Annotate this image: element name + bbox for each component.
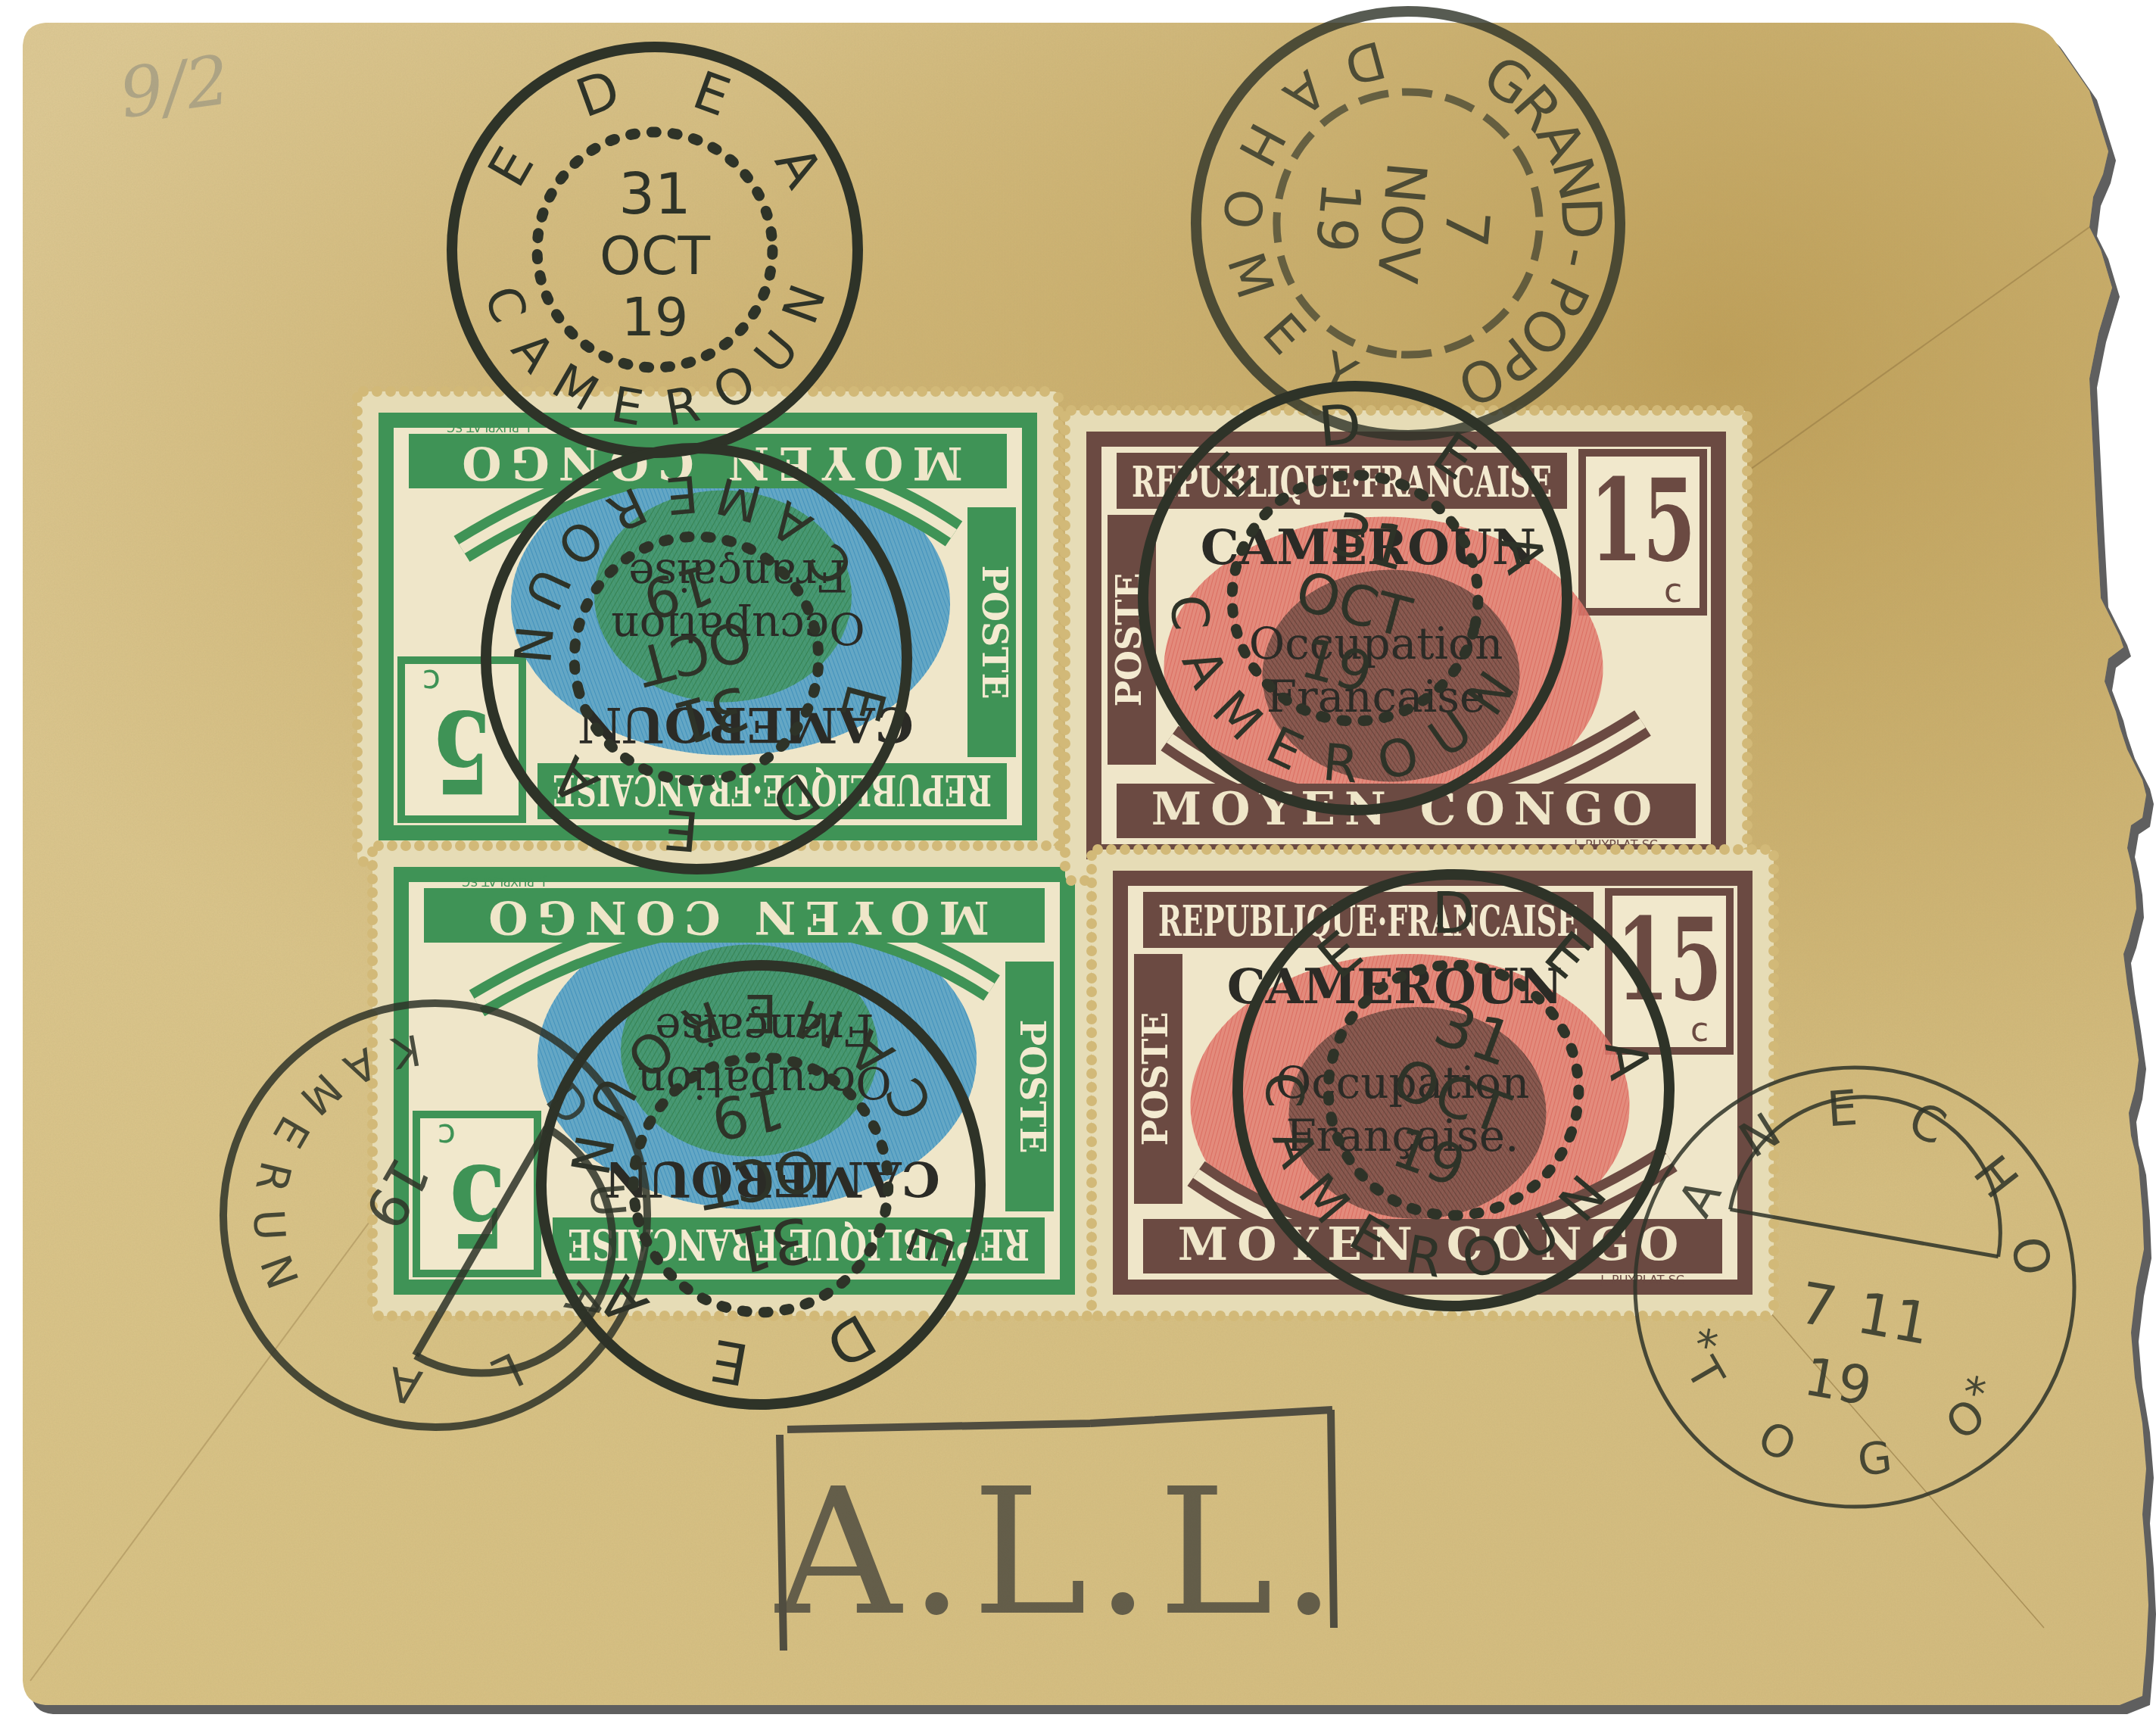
envelope-illustration: 9/2 REPUBLIQUE·FRANCAISE5cPOSTEMOYEN CON… bbox=[0, 0, 2156, 1727]
perforation bbox=[903, 386, 914, 397]
perforation bbox=[1086, 1109, 1097, 1120]
perforation bbox=[1768, 987, 1779, 997]
perforation bbox=[1768, 932, 1779, 943]
perforation bbox=[946, 1311, 956, 1321]
perforation bbox=[1768, 905, 1779, 915]
perforation bbox=[1080, 405, 1090, 416]
perforation bbox=[1060, 847, 1070, 858]
perforation bbox=[1060, 861, 1070, 871]
perforation bbox=[700, 840, 711, 851]
perforation bbox=[1310, 844, 1321, 855]
perforation bbox=[352, 419, 363, 430]
perforation bbox=[1086, 1041, 1097, 1052]
perforation bbox=[1742, 820, 1753, 831]
perforation bbox=[1768, 1014, 1779, 1024]
perforation bbox=[1719, 1311, 1730, 1321]
perforation bbox=[352, 542, 363, 553]
perforation bbox=[603, 386, 614, 397]
perforation bbox=[367, 846, 378, 857]
perforation bbox=[352, 583, 363, 594]
perforation bbox=[1086, 1136, 1097, 1147]
perforation bbox=[1060, 411, 1070, 422]
perforation bbox=[1570, 405, 1581, 416]
perforation bbox=[367, 1037, 378, 1048]
perforation bbox=[1174, 1311, 1185, 1321]
perforation bbox=[387, 1311, 397, 1321]
perforation bbox=[367, 1092, 378, 1102]
perforation bbox=[1256, 844, 1266, 855]
perforation bbox=[1256, 1311, 1266, 1321]
perforation bbox=[1188, 1311, 1198, 1321]
perforation bbox=[1060, 534, 1070, 544]
perforation bbox=[1060, 616, 1070, 626]
perforation bbox=[1201, 1311, 1212, 1321]
perforation bbox=[1742, 806, 1753, 817]
perforation bbox=[352, 406, 363, 416]
perforation bbox=[367, 901, 378, 912]
perforation bbox=[523, 840, 534, 851]
perforation bbox=[1026, 386, 1036, 397]
perforation bbox=[453, 386, 464, 397]
perforation bbox=[821, 386, 832, 397]
perforation bbox=[1092, 1311, 1103, 1321]
perforation bbox=[1665, 844, 1675, 855]
perforation bbox=[944, 386, 955, 397]
perforation bbox=[1624, 1311, 1634, 1321]
perforation bbox=[1706, 844, 1716, 855]
perforation bbox=[1060, 629, 1070, 640]
perforation bbox=[1147, 1311, 1157, 1321]
postmark-town: E bbox=[662, 796, 702, 863]
perforation bbox=[1060, 438, 1070, 449]
perforation bbox=[1433, 1311, 1444, 1321]
perforation bbox=[835, 386, 846, 397]
perforation bbox=[1039, 386, 1050, 397]
perforation bbox=[1768, 1164, 1779, 1174]
perforation bbox=[837, 840, 847, 851]
perforation bbox=[1000, 1311, 1011, 1321]
perforation bbox=[1086, 987, 1097, 997]
postmark-town: D bbox=[1316, 392, 1363, 460]
perforation bbox=[1060, 575, 1070, 585]
perforation bbox=[1086, 1218, 1097, 1229]
perforation bbox=[367, 996, 378, 1007]
perforation bbox=[1419, 844, 1430, 855]
perforation bbox=[959, 1311, 970, 1321]
perforation bbox=[1174, 844, 1185, 855]
postmark-month: OCT bbox=[600, 226, 710, 287]
perforation bbox=[1515, 844, 1525, 855]
perforation bbox=[1406, 844, 1416, 855]
perforation bbox=[1106, 844, 1117, 855]
perforation bbox=[385, 386, 396, 397]
perforation bbox=[367, 1242, 378, 1252]
perforation bbox=[1041, 840, 1052, 851]
perforation bbox=[1742, 452, 1753, 463]
perforation bbox=[1529, 405, 1540, 416]
perforation bbox=[755, 840, 765, 851]
perforation bbox=[1365, 1311, 1376, 1321]
perforation bbox=[367, 969, 378, 980]
stamp-country: MOYEN CONGO bbox=[1151, 783, 1661, 836]
perforation bbox=[1768, 878, 1779, 888]
perforation bbox=[550, 1311, 561, 1321]
perforation bbox=[367, 1296, 378, 1307]
perforation bbox=[1086, 1259, 1097, 1270]
perforation bbox=[1060, 452, 1070, 463]
perforation bbox=[1365, 844, 1376, 855]
postmark-region: E bbox=[744, 982, 777, 1043]
perforation bbox=[1068, 1311, 1079, 1321]
perforation bbox=[1012, 386, 1023, 397]
stamp-value: 15 bbox=[1616, 893, 1722, 1027]
perforation bbox=[352, 433, 363, 444]
postmark-region: R bbox=[1320, 733, 1360, 795]
stamp-frame-text: REPUBLIQUE·FRANCAISE bbox=[1158, 896, 1578, 946]
perforation bbox=[372, 386, 382, 397]
perforation bbox=[1060, 656, 1070, 667]
stamp-brown-top: REPUBLIQUE·FRANCAISE15cPOSTEMOYEN CONGOJ… bbox=[1060, 405, 1753, 886]
perforation bbox=[413, 386, 423, 397]
perforation bbox=[1419, 1311, 1430, 1321]
perforation bbox=[1120, 405, 1131, 416]
perforation bbox=[958, 386, 968, 397]
perforation bbox=[1610, 844, 1621, 855]
perforation bbox=[1060, 479, 1070, 490]
perforation bbox=[1569, 844, 1580, 855]
handstamp-text-glyphs: A.L.L. bbox=[774, 1452, 1344, 1654]
perforation bbox=[876, 386, 886, 397]
perforation bbox=[1733, 1311, 1743, 1321]
perforation bbox=[352, 774, 363, 784]
perforation bbox=[496, 1311, 506, 1321]
perforation bbox=[1086, 1150, 1097, 1161]
perforation bbox=[1086, 905, 1097, 915]
perforation bbox=[1027, 840, 1038, 851]
perforation bbox=[1665, 1311, 1675, 1321]
perforation bbox=[1768, 918, 1779, 929]
perforation bbox=[1086, 918, 1097, 929]
perforation bbox=[1742, 670, 1753, 681]
perforation bbox=[522, 386, 532, 397]
perforation bbox=[809, 1311, 820, 1321]
perforation bbox=[352, 501, 363, 512]
perforation bbox=[482, 1311, 493, 1321]
perforation bbox=[509, 840, 520, 851]
perforation bbox=[1768, 1300, 1779, 1311]
perforation bbox=[1474, 1311, 1485, 1321]
perforation bbox=[1706, 405, 1717, 416]
stamp-currency: c bbox=[422, 662, 441, 700]
perforation bbox=[1055, 1311, 1065, 1321]
perforation bbox=[1447, 844, 1457, 855]
perforation bbox=[1610, 1311, 1621, 1321]
perforation bbox=[1392, 1311, 1403, 1321]
perforation bbox=[1086, 1000, 1097, 1011]
perforation bbox=[352, 447, 363, 457]
perforation bbox=[796, 1311, 806, 1321]
perforation bbox=[373, 1311, 384, 1321]
perforation bbox=[1060, 561, 1070, 572]
perforation bbox=[367, 955, 378, 966]
perforation bbox=[1625, 405, 1635, 416]
perforation bbox=[1060, 779, 1070, 790]
perforation bbox=[959, 840, 970, 851]
perforation bbox=[1460, 1311, 1471, 1321]
perforation bbox=[426, 386, 437, 397]
perforation bbox=[1768, 1273, 1779, 1283]
stamp-currency: c bbox=[1690, 1011, 1709, 1049]
perforation bbox=[1060, 711, 1070, 722]
perforation bbox=[1086, 1245, 1097, 1256]
perforation bbox=[1542, 844, 1553, 855]
perforation bbox=[1768, 1055, 1779, 1065]
perforation bbox=[537, 1311, 547, 1321]
perforation bbox=[1086, 864, 1097, 874]
perforation bbox=[1652, 405, 1662, 416]
perforation bbox=[1060, 752, 1070, 762]
perforation bbox=[1768, 1205, 1779, 1215]
perforation bbox=[352, 610, 363, 621]
perforation bbox=[367, 874, 378, 884]
perforation bbox=[1201, 844, 1212, 855]
perforation bbox=[1665, 405, 1676, 416]
perforation bbox=[467, 386, 478, 397]
perforation bbox=[352, 706, 363, 716]
perforation bbox=[367, 928, 378, 939]
postmark-day: 31 bbox=[618, 161, 690, 227]
perforation bbox=[352, 692, 363, 703]
stamp-engraver: J. PUYPLAT SC bbox=[447, 420, 531, 435]
perforation bbox=[367, 1146, 378, 1157]
perforation bbox=[1060, 466, 1070, 476]
perforation bbox=[890, 386, 900, 397]
perforation bbox=[1086, 1014, 1097, 1024]
perforation bbox=[1768, 1068, 1779, 1079]
perforation bbox=[1086, 1068, 1097, 1079]
perforation bbox=[367, 1255, 378, 1266]
perforation bbox=[973, 1311, 983, 1321]
perforation bbox=[1528, 1311, 1539, 1321]
perforation bbox=[367, 860, 378, 871]
envelope-scene: 9/2 REPUBLIQUE·FRANCAISE5cPOSTEMOYEN CON… bbox=[0, 0, 2156, 1727]
perforation bbox=[971, 386, 982, 397]
perforation bbox=[352, 719, 363, 730]
perforation bbox=[1742, 575, 1753, 585]
perforation bbox=[700, 1311, 711, 1321]
manuscript-note-text: 9/2 bbox=[115, 40, 235, 134]
postmark-region: O bbox=[1211, 186, 1273, 231]
perforation bbox=[1000, 840, 1011, 851]
perforation bbox=[946, 840, 956, 851]
perforation bbox=[767, 386, 777, 397]
perforation bbox=[352, 488, 363, 498]
stamp-engraver: J. PUYPLAT SC bbox=[1600, 1273, 1684, 1287]
perforation bbox=[481, 386, 491, 397]
perforation bbox=[1597, 405, 1608, 416]
perforation bbox=[352, 665, 363, 675]
perforation bbox=[1060, 602, 1070, 613]
perforation bbox=[367, 942, 378, 952]
stamp-side-text: POSTE bbox=[1012, 1019, 1053, 1153]
perforation bbox=[400, 1311, 411, 1321]
perforation bbox=[918, 840, 929, 851]
perforation bbox=[1742, 711, 1753, 722]
perforation bbox=[1693, 405, 1703, 416]
perforation bbox=[1742, 779, 1753, 790]
postmark-region: C bbox=[1158, 592, 1220, 633]
perforation bbox=[1060, 793, 1070, 803]
perforation bbox=[1297, 1311, 1307, 1321]
perforation bbox=[850, 840, 861, 851]
perforation bbox=[352, 678, 363, 689]
stamp-currency: c bbox=[1664, 572, 1682, 610]
perforation bbox=[1060, 738, 1070, 749]
perforation bbox=[469, 1311, 479, 1321]
perforation bbox=[1133, 844, 1144, 855]
perforation bbox=[1768, 1259, 1779, 1270]
perforation bbox=[1120, 1311, 1130, 1321]
perforation bbox=[352, 460, 363, 471]
perforation bbox=[1060, 520, 1070, 531]
perforation bbox=[823, 840, 833, 851]
postmark-town: D bbox=[1548, 196, 1614, 241]
perforation bbox=[1742, 425, 1753, 435]
perforation bbox=[1060, 670, 1070, 681]
postmark-town: E bbox=[1825, 1080, 1859, 1139]
perforation bbox=[1768, 959, 1779, 970]
perforation bbox=[1543, 405, 1553, 416]
perforation bbox=[1768, 1000, 1779, 1011]
perforation bbox=[1742, 834, 1753, 844]
perforation bbox=[367, 887, 378, 898]
perforation bbox=[999, 386, 1009, 397]
perforation bbox=[1742, 629, 1753, 640]
perforation bbox=[1086, 1273, 1097, 1283]
stamp-currency: c bbox=[438, 1116, 456, 1155]
perforation bbox=[1583, 844, 1594, 855]
perforation bbox=[905, 1311, 915, 1321]
perforation bbox=[352, 651, 363, 662]
perforation bbox=[1060, 588, 1070, 599]
perforation bbox=[1324, 1311, 1335, 1321]
perforation bbox=[1692, 844, 1703, 855]
perforation bbox=[673, 1311, 684, 1321]
perforation bbox=[1086, 1177, 1097, 1188]
postmark-month: NOV bbox=[1364, 160, 1439, 286]
perforation bbox=[1742, 493, 1753, 503]
perforation bbox=[1768, 850, 1779, 861]
perforation bbox=[1270, 844, 1280, 855]
perforation bbox=[387, 840, 397, 851]
perforation bbox=[1086, 1096, 1097, 1106]
perforation bbox=[1175, 405, 1185, 416]
perforation bbox=[1393, 405, 1404, 416]
perforation bbox=[441, 840, 452, 851]
perforation bbox=[1310, 1311, 1321, 1321]
perforation bbox=[564, 840, 575, 851]
perforation bbox=[1338, 1311, 1348, 1321]
perforation bbox=[1447, 1311, 1457, 1321]
perforation bbox=[1060, 684, 1070, 694]
perforation bbox=[1060, 643, 1070, 653]
perforation bbox=[1060, 820, 1070, 831]
perforation bbox=[1161, 405, 1172, 416]
perforation bbox=[1229, 1311, 1239, 1321]
perforation bbox=[1086, 878, 1097, 888]
perforation bbox=[1086, 1027, 1097, 1038]
perforation bbox=[1488, 844, 1498, 855]
perforation bbox=[1060, 547, 1070, 558]
perforation bbox=[1742, 765, 1753, 776]
perforation bbox=[1768, 946, 1779, 956]
perforation bbox=[352, 597, 363, 607]
perforation bbox=[864, 840, 874, 851]
postmark-year: 19 bbox=[622, 287, 689, 348]
perforation bbox=[352, 637, 363, 648]
perforation bbox=[1556, 405, 1567, 416]
perforation bbox=[1086, 1205, 1097, 1215]
perforation bbox=[1768, 1041, 1779, 1052]
perforation bbox=[1742, 438, 1753, 449]
perforation bbox=[1242, 844, 1253, 855]
perforation bbox=[1060, 697, 1070, 708]
perforation bbox=[1107, 405, 1117, 416]
perforation bbox=[414, 1311, 425, 1321]
perforation bbox=[352, 392, 363, 403]
perforation bbox=[1366, 405, 1376, 416]
perforation bbox=[399, 386, 410, 397]
perforation bbox=[1742, 725, 1753, 735]
postmark-town: D bbox=[1432, 882, 1475, 947]
perforation bbox=[1147, 844, 1157, 855]
perforation bbox=[1086, 1191, 1097, 1202]
perforation bbox=[1086, 1286, 1097, 1297]
perforation bbox=[352, 515, 363, 525]
postmark-day: 7 bbox=[1430, 207, 1502, 251]
perforation bbox=[1678, 844, 1689, 855]
perforation bbox=[1086, 1123, 1097, 1133]
perforation bbox=[455, 1311, 466, 1321]
perforation bbox=[1768, 1232, 1779, 1242]
perforation bbox=[400, 840, 411, 851]
perforation bbox=[1086, 850, 1097, 861]
perforation bbox=[1651, 1311, 1662, 1321]
perforation bbox=[1597, 1311, 1607, 1321]
perforation bbox=[1270, 1311, 1280, 1321]
perforation bbox=[1597, 844, 1607, 855]
perforation bbox=[1133, 1311, 1144, 1321]
perforation bbox=[523, 1311, 534, 1321]
perforation bbox=[1060, 507, 1070, 517]
perforation bbox=[1768, 891, 1779, 902]
postmark-month: 11 bbox=[1852, 1280, 1936, 1358]
perforation bbox=[1501, 1311, 1512, 1321]
perforation bbox=[1297, 844, 1307, 855]
perforation bbox=[1351, 1311, 1362, 1321]
perforation bbox=[1338, 844, 1348, 855]
stamp-value: 5 bbox=[432, 684, 492, 818]
perforation bbox=[1086, 891, 1097, 902]
perforation bbox=[1086, 959, 1097, 970]
perforation bbox=[1768, 1027, 1779, 1038]
perforation bbox=[1283, 844, 1294, 855]
perforation bbox=[1379, 1311, 1389, 1321]
perforation bbox=[535, 386, 546, 397]
perforation bbox=[1556, 1311, 1566, 1321]
perforation bbox=[352, 801, 363, 812]
perforation bbox=[1060, 834, 1070, 844]
